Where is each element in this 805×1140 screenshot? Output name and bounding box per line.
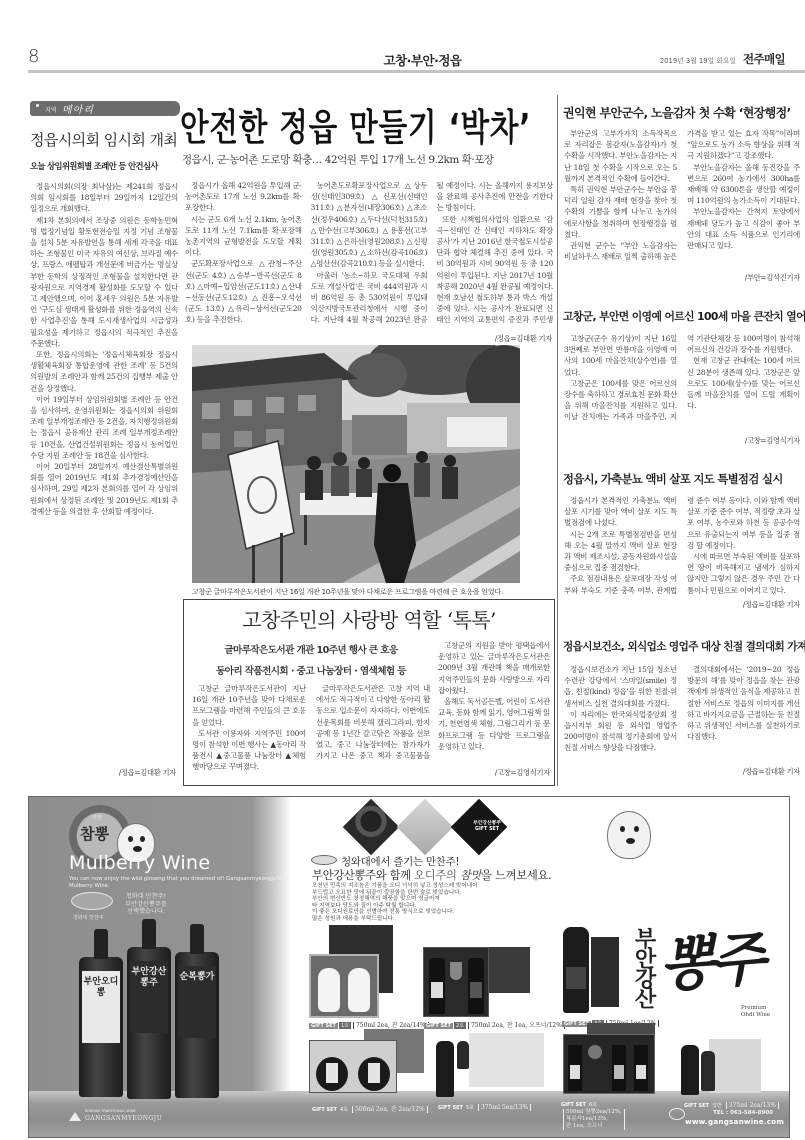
right-article-1-title: 권익현 부안군수, 노을감자 첫 수확 ‘현장행정’ [563,104,805,121]
giftset-tag: GIFT SET [309,1023,338,1029]
left-article-headline: 정읍시의회 임시회 개최 [30,129,185,150]
boxed-article-subhead-1: 글마루작은도서관 개관 10주년 행사 큰 호응 [186,642,436,656]
giftset-tag: GIFT SET [561,1102,586,1109]
giftset-4-image [309,1040,397,1093]
giftset-3-box [591,937,619,1007]
paragraph: 부안군의 고부가가치 소득작목으로 자리잡은 봄감자(노을감자)가 첫 수확을 … [564,128,677,184]
giftset-spec: 750ml 2ea, 잔 2ea/14% [353,1022,429,1029]
boxed-article-body-left: 고창군 글마루작은도서관이 지난 16일 개관 10주년을 맞아 다채로운 프로… [192,683,430,777]
giftset-spec: 500ml 2ea, 잔 2ea/12% [352,1106,428,1113]
right-article-1-body: 부안군의 고부가가치 소득작목으로 자리잡은 봄감자(노을감자)가 첫 수확을 … [564,128,800,270]
giftset-5-bottle [436,1041,454,1097]
main-headline: 안전한 정읍 만들기 ‘박차’ [180,97,531,151]
bottle-label: 부안오디뽕 [82,971,121,1043]
giftset-2-label: GIFT SET2호750ml 2ea, 잔 1ea, 오프너/12% [424,1020,565,1029]
paragraph: 도서관 이용자와 지역주민 100여명이 참석한 이번 행사는 ▲동아리 작품전… [192,728,306,773]
wine-bottle-1: 부안오디뽕 [79,957,123,1097]
main-article-byline: /정읍=김대환 기자 [430,334,552,344]
issue-date: 2019년 3월 19일 화요일 [630,55,736,65]
column-tab: 지역 메아리 [30,101,180,116]
left-article-body: 정읍시의회(의장 최낙삼)는 제241회 정읍시의회 임시회를 18일부터 29… [30,181,178,763]
ad-body-copy: 오천년 민족의 지조높은 기품을 오디 넉넉히 넣고 정성스레 빚어내어 부드럽… [312,883,522,923]
ad-telephone: TEL : 063-584-8900 [697,1110,773,1116]
giftset-number: 5호 [464,1104,476,1111]
paragraph: 정읍시가 올해 42억원을 투입해 군·농어촌도로 17개 노선 9.2km를 … [185,180,302,214]
giftset-spec: 500ml 참뽕2ea/12%, 복분자1ea/13%, 잔 1ea, 오프너 [563,1109,625,1130]
logo-small-text: 부안 [92,814,102,821]
giftset-5-label: GIFT SET5호375ml 5ea/13% [438,1104,531,1111]
left-article-subhead: 오늘 상임위원회별 조례안 등 안건심사 [30,160,182,172]
calligraphy-brand-big: 뽕주 [656,912,762,1003]
giftset-number: 4호 [338,1106,350,1113]
paragraph: 결의대회에서는 ‘2019~20 정읍 방문의 해’를 맞아 정읍을 찾는 관광… [687,664,800,742]
maker-small-text: KOREAN TRADITIONAL WINE [85,1109,136,1113]
berries-diamond-image [343,799,400,856]
ad-body-line: 오천년 민족의 지조높은 기품을 오디 넉넉히 넣고 정성스레 빚어내어 [312,883,522,890]
paragraph: 시는 2개 조로 특별점검반을 편성해 오는 4월 말까지 액비 살포 현장과 … [564,529,677,574]
giftset-number: 6호 [587,1102,599,1109]
ad-headline-2-pre: 부안강산뽕주와 함께 [312,869,414,882]
paragraph: 군도확포장사업으로 △관청~주산선(군도 4호) △승부~반곡선(군도 8호) … [185,258,302,325]
giftset-spec: 375ml 5ea/13% [478,1104,531,1111]
giftset-spec: 375ml 2ea/13% [726,1102,779,1109]
giftset-6-label: GIFT SET6호 500ml 참뽕2ea/12%, 복분자1ea/13%, … [561,1101,661,1130]
paragraph: 정읍시가 본격적인 가축분뇨 액비 살포 시기를 맞아 액비 살포 지도 특별점… [564,495,677,529]
paragraph: 제1차 본회의에서 조상중 의원은 동학농민혁명 법정기념일 황토현전승일 지정… [30,215,178,349]
bottle-label: 순복뽕가 [178,966,217,1038]
right-article-4-byline: /정읍=김대환 기자 [680,767,800,777]
paragraph: 시에 따르면 부숙된 액비를 살포하면 땅이 비옥해지고 냄새가 심하지 않지만… [687,551,800,596]
boxed-article-body-right: 고창군의 지원을 받아 평택읍에서 운영하고 있는 글마루작은도서관은 2009… [438,640,550,767]
right-article-4-title: 정읍시보건소, 외식업소 영업주 대상 친절 결의대회 가져 [563,639,805,654]
wine-bottle-3: 순복뽕가 [175,952,219,1098]
maker-name: GANGSANMYEONGJU [85,1115,162,1122]
header-rule [28,70,805,73]
paragraph: 정읍시보건소가 지난 15일 청소년수련관 강당에서 ‘스마일(smile) 정… [564,664,677,709]
blue-house-seal-icon-small [311,855,337,865]
paragraph: 농어촌도로확포장사업으로 △상두선(신태인309호) △신포선(신태인311호)… [311,180,428,270]
ad-brand-tagline: You can now enjoy the wild ginseng that … [69,876,284,889]
right-article-2-byline: /고창=김영식기자 [680,436,800,446]
giftset-1-label: GIFT SET1호750ml 2ea, 잔 2ea/14% [309,1020,429,1029]
left-article-byline: /정읍=김대환 기자 [30,768,176,778]
boxed-article-byline: /고창=김영식기자 [438,768,550,778]
column-tab-label: 메아리 [62,101,94,116]
paragraph: 글마루작은도서관은 고창 지역 내에서도 적극적이고 다양한 동아리 활동으로 … [316,683,430,777]
right-article-2-title: 고창군, 부안면 이영예 어르신 100세 마을 큰잔치 열어 [563,309,805,324]
page-number: 8 [28,46,39,67]
giftset-tag: GIFT SET [684,1103,709,1109]
section-title: 고창·부안·정읍 [355,51,490,69]
paragraph: 특히 권익현 부안군수는 부안읍 봉덕리 일원 감자 재배 현장을 찾아 첫 수… [564,184,677,240]
paragraph: 현재 고창군 관내에는 100세 어르신 28분이 생존해 있다. 고창군은 앞… [687,355,800,411]
column-divider [557,95,558,786]
ad-brand-title: Mulberry Wine [69,852,210,874]
ad-website: www.gangsanwine.com [685,1117,784,1126]
giftset-number: 일반 [710,1102,724,1109]
giftset-diamond-label: 부안강산뽕주 GIFT SET [459,821,515,833]
right-article-3-byline: /정읍=김대환 기자 [680,600,800,610]
giftset-regular-label: GIFT SET일반375ml 2ea/13% [684,1102,779,1109]
giftset-4-label: GIFT SET4호500ml 2ea, 잔 2ea/12% [312,1104,428,1113]
ad-body-line: 부안의 변산반도 청정해역의 해풍을 맞으며 영글어져 [312,896,522,903]
right-article-3-title: 정읍시, 가축분뇨 액비 살포 지도 특별점검 실시 [563,471,805,487]
ad-headline-2-emphasis: 참맛 [460,869,481,882]
giftset-spec: 750ml 2ea, 잔 1ea, 오프너/12% [468,1022,565,1029]
photo-caption: 고창군 글마루작은도서관이 지난 16일 개관 10주년을 맞아 다채로운 프로… [192,587,532,597]
giftset-2-box [488,947,530,993]
paragraph: 이 자리에는 한국외식업중앙회 정읍시지부 회원 등 외식업 영업주 200여명… [564,709,677,754]
giftset-6-image [563,1034,655,1094]
seal-caption: 청와대 만찬주 [73,914,104,921]
right-article-4-body: 정읍시보건소가 지난 15일 청소년수련관 강당에서 ‘스마일(smile) 정… [564,664,800,764]
paragraph: 부안노을감자는 간척지 토양에서 재배돼 당도가 높고 식감이 좋아 부안의 대… [687,206,800,251]
giftset-5-box [469,1033,544,1087]
paragraph: 또한, 정읍시의회는 '정읍시체육회장 정읍시생활체육회장 통합운영에 관한 조… [30,349,178,394]
wine-bottle-2: 부안강산 뽕주 [127,947,171,1099]
ad-body-line: 이 좋은 오디원료만을 선별하여 전통 방식으로 빚었습니다. [312,909,522,916]
blue-house-seal-icon [71,892,113,910]
paragraph: 시는 군도 6개 노선 2.1km, 농어촌도로 11개 노선 7.1km를 확… [185,214,302,259]
logo-text: 참뽕 [80,823,109,844]
main-subhead: 정읍시, 군·농어촌 도로망 확충… 42억원 투입 17개 노선 9.2km … [182,152,493,167]
mascot-icon-2 [607,811,651,859]
giftset-3-bottle [563,927,589,1013]
photo-image [192,345,520,583]
giftset-tag: GIFT SET [424,1023,453,1029]
paragraph: 부안노을감자는 올해 동진강을 주변으로 260여 농가에서 300ha를 재배… [687,162,800,207]
ad-headline-2-mid: 오디주의 [414,869,460,882]
paragraph: 정읍시의회(의장 최낙삼)는 제241회 정읍시의회 임시회를 18일부터 29… [30,181,178,215]
giftset-2-image [423,947,489,1017]
bullet-icon [36,104,39,107]
calligraphy-brand-small: 부안강산 [629,927,660,1007]
company-logo-icon [669,1108,685,1120]
main-article-body: 정읍시가 올해 42억원을 투입해 군·농어촌도로 17개 노선 9.2km를 … [185,180,553,332]
giftset-regular-bottle [681,1045,699,1095]
giftset-tag: GIFT SET [312,1107,337,1113]
right-article-2-body: 고창군(군수 유기상)이 지난 16일 3번째로 부안면 반룡마을 이영예 여사… [564,333,800,433]
giftset-5-bottle-small [457,1041,469,1069]
boxed-article-subhead-2: 동아리 작품전시회 · 중고 나눔장터 · 염색체험 등 [186,663,436,677]
giftset-number: 2호 [454,1022,466,1029]
calligraphy-english: Premium Ohdi Wine [741,1005,781,1018]
boxed-article-title: 고창주민의 사랑방 역할 ‘톡톡’ [184,604,554,633]
paragraph: 이어 20일부터 28일까지 예산결산특별위원회를 열어 2019년도 제1회 … [30,461,178,517]
ad-headline-2: 부안강산뽕주와 함께 오디주의 참맛을 느껴보세요. [312,867,551,883]
boxed-article: 고창주민의 사랑방 역할 ‘톡톡’ 글마루작은도서관 개관 10주년 행사 큰 … [183,599,555,786]
right-article-1-byline: /부안=김석진기자 [680,273,800,283]
paragraph: 고창군의 지원을 받아 평택읍에서 운영하고 있는 글마루작은도서관은 2009… [438,640,550,696]
giftset-regular-box [709,1039,761,1093]
paragraph: 이어 19일부터 상임위원회별 조례안 등 안건을 심사하며, 운영위원회는 정… [30,394,178,461]
paragraph: 고창군 글마루작은도서관이 지난 16일 개관 10주년을 맞아 다채로운 프로… [192,683,306,728]
paragraph: 올해도 독서골든벨, 어린이 도서관교육, 동화 함께 읽기, 영어그림책 읽기… [438,696,550,752]
column-tab-small: 지역 [45,105,57,114]
paragraph: 고창군(군수 유기상)이 지난 16일 3번째로 부안면 반룡마을 이영예 여사… [564,333,677,378]
mulberry-wine-advertisement: 부안 참뽕 Mulberry Wine You can now enjoy th… [28,796,790,1138]
giftset-1-image [309,954,379,1018]
giftset-regular-bottle-2 [701,1051,715,1091]
bottle-label: 부안강산 뽕주 [130,961,169,1033]
newspaper-name: 전주매일 [743,51,785,67]
seal-text: 청와대 만찬주! 부안강산뽕주를 선택했습니다. [125,893,167,916]
library-event-photo [192,345,520,583]
ad-body-line: 많은 성원과 애용을 부탁드립니다. [312,916,522,923]
ad-headline-2-post: 을 느껴보세요. [481,869,551,882]
fruit-diamond-image [397,799,454,856]
right-article-3-body: 정읍시가 본격적인 가축분뇨 액비 살포 시기를 맞아 액비 살포 지도 특별점… [564,495,800,597]
giftset-tag: GIFT SET [438,1105,463,1111]
giftset-number: 1호 [339,1022,351,1029]
